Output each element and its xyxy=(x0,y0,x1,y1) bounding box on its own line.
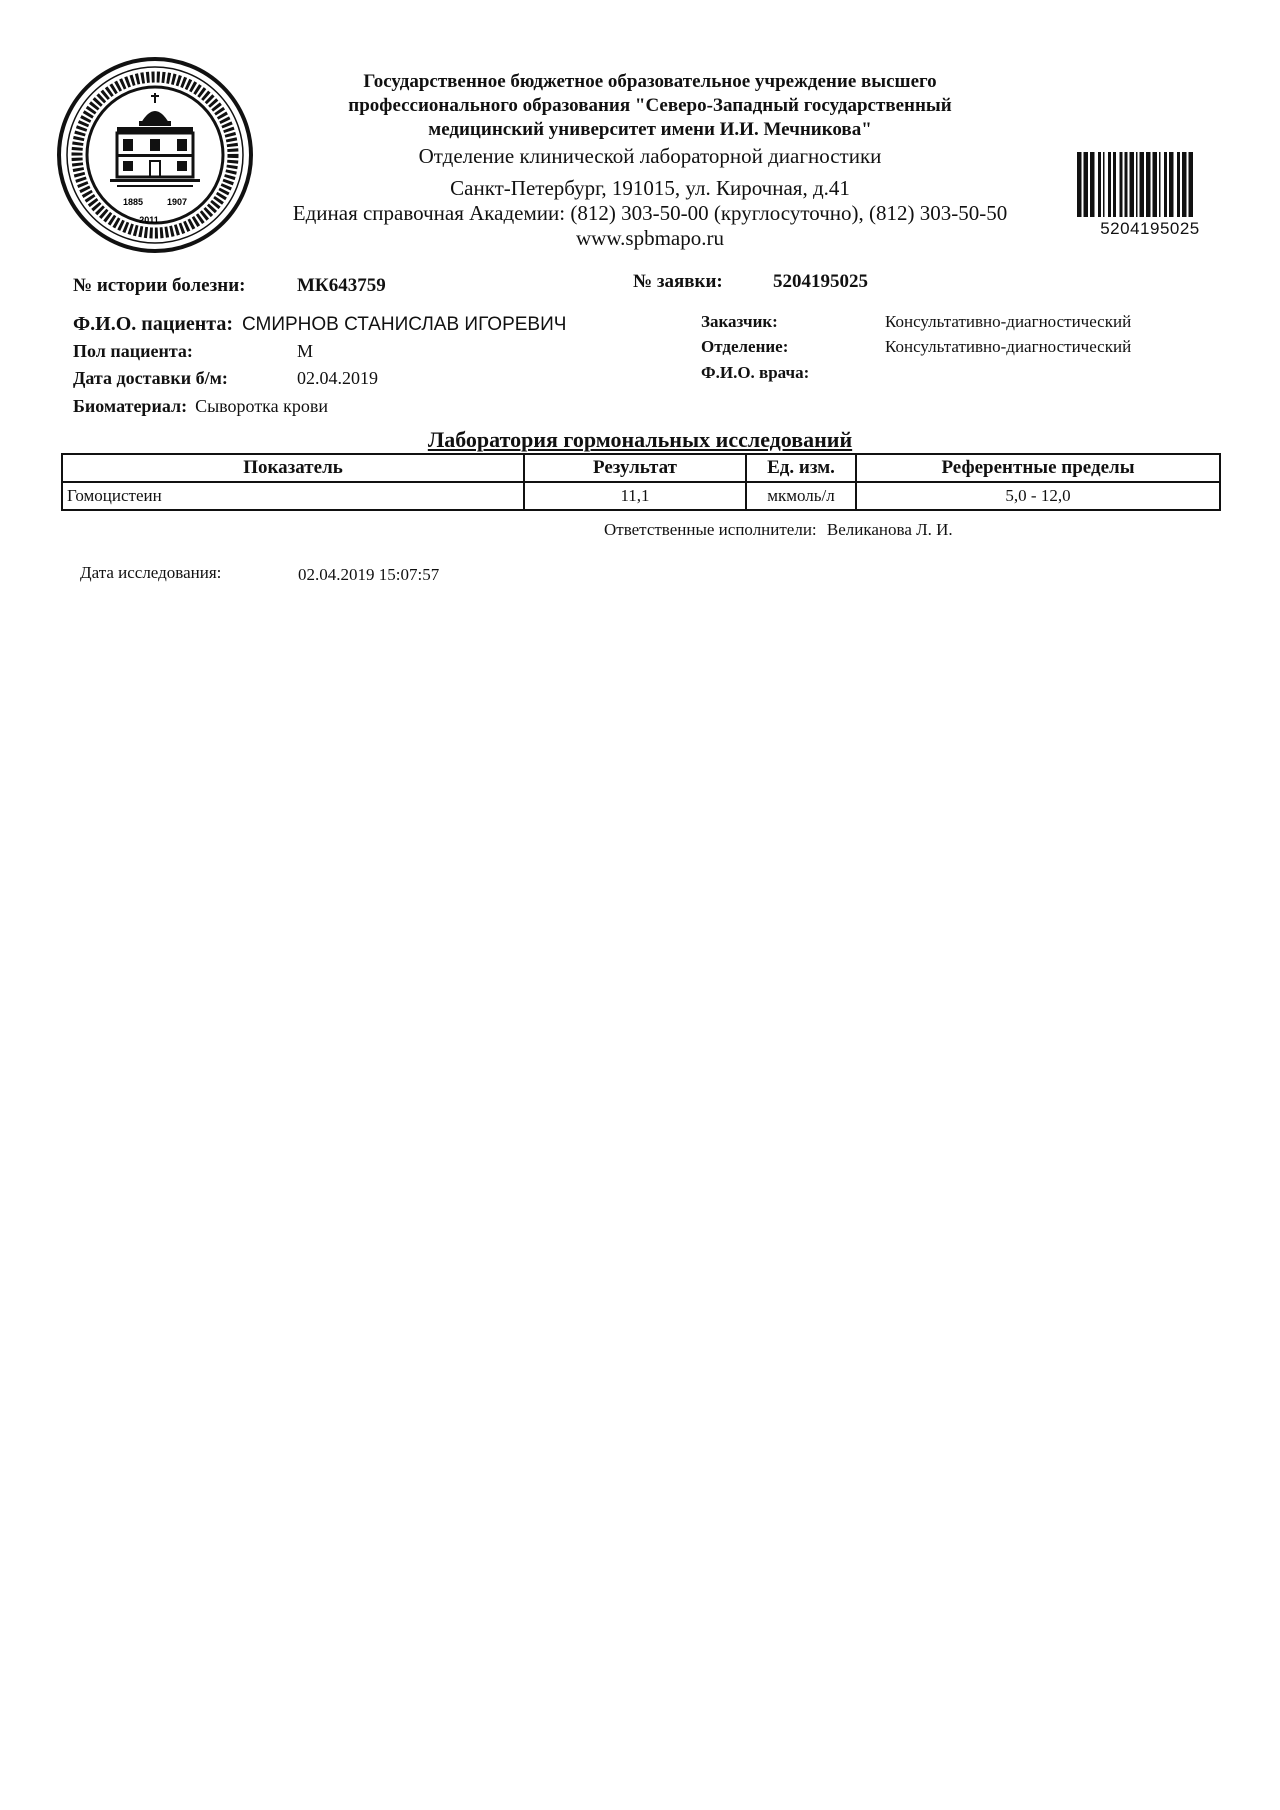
patient-name-value: СМИРНОВ СТАНИСЛАВ ИГОРЕВИЧ xyxy=(242,314,566,335)
svg-text:2011: 2011 xyxy=(139,215,159,225)
column-header-reference: Референтные пределы xyxy=(856,454,1220,482)
website-link[interactable]: www.spbmapo.ru xyxy=(260,225,1040,251)
biomaterial-value: Сыворотка крови xyxy=(195,396,328,416)
cell-result: 11,1 xyxy=(524,482,746,510)
study-date-value: 02.04.2019 15:07:57 xyxy=(298,565,439,585)
svg-text:1907: 1907 xyxy=(167,197,187,207)
column-header-unit: Ед. изм. xyxy=(746,454,856,482)
responsible-row: Ответственные исполнители: Великанова Л.… xyxy=(604,520,953,540)
department-value: Консультативно-диагностический xyxy=(885,337,1131,357)
patient-name-label: Ф.И.О. пациента: xyxy=(73,313,233,335)
department-label: Отделение: xyxy=(701,337,788,357)
phones: Единая справочная Академии: (812) 303-50… xyxy=(260,200,1040,226)
biomaterial-row: Биоматериал: Сыворотка крови xyxy=(73,396,328,417)
table-header-row: Показатель Результат Ед. изм. Референтны… xyxy=(62,454,1220,482)
lab-section-title: Лаборатория гормональных исследований xyxy=(60,427,1220,453)
biomaterial-label: Биоматериал: xyxy=(73,396,187,416)
cell-reference: 5,0 - 12,0 xyxy=(856,482,1220,510)
institution-line-3: медицинский университет имени И.И. Мечни… xyxy=(260,118,1040,142)
barcode-image xyxy=(1075,152,1225,217)
table-row: Гомоцистеин 11,1 мкмоль/л 5,0 - 12,0 xyxy=(62,482,1220,510)
patient-name-row: Ф.И.О. пациента: СМИРНОВ СТАНИСЛАВ ИГОРЕ… xyxy=(73,313,566,336)
institution-line-2: профессионального образования "Северо-За… xyxy=(260,94,1040,118)
cell-indicator: Гомоцистеин xyxy=(62,482,524,510)
order-value: 5204195025 xyxy=(773,271,868,293)
svg-text:1885: 1885 xyxy=(123,197,143,207)
institution-line-1: Государственное бюджетное образовательно… xyxy=(260,70,1040,94)
delivery-date-label: Дата доставки б/м: xyxy=(73,368,228,389)
sex-value: М xyxy=(297,341,313,362)
customer-label: Заказчик: xyxy=(701,312,778,332)
delivery-date-value: 02.04.2019 xyxy=(297,368,378,389)
history-label: № истории болезни: xyxy=(73,275,245,297)
study-date-label: Дата исследования: xyxy=(80,563,221,583)
sex-label: Пол пациента: xyxy=(73,341,193,362)
department-name: Отделение клинической лабораторной диагн… xyxy=(260,143,1040,169)
customer-value: Консультативно-диагностический xyxy=(885,312,1131,332)
history-value: МК643759 xyxy=(297,275,386,297)
column-header-indicator: Показатель xyxy=(62,454,524,482)
cell-unit: мкмоль/л xyxy=(746,482,856,510)
barcode-number: 5204195025 xyxy=(1075,219,1225,239)
university-seal-logo: 1885 1907 2011 xyxy=(55,55,255,255)
responsible-label: Ответственные исполнители: xyxy=(604,520,817,539)
doctor-label: Ф.И.О. врача: xyxy=(701,363,809,383)
address: Санкт-Петербург, 191015, ул. Кирочная, д… xyxy=(260,175,1040,201)
order-label: № заявки: xyxy=(633,271,723,293)
results-table: Показатель Результат Ед. изм. Референтны… xyxy=(61,453,1221,511)
responsible-value: Великанова Л. И. xyxy=(827,520,953,539)
column-header-result: Результат xyxy=(524,454,746,482)
